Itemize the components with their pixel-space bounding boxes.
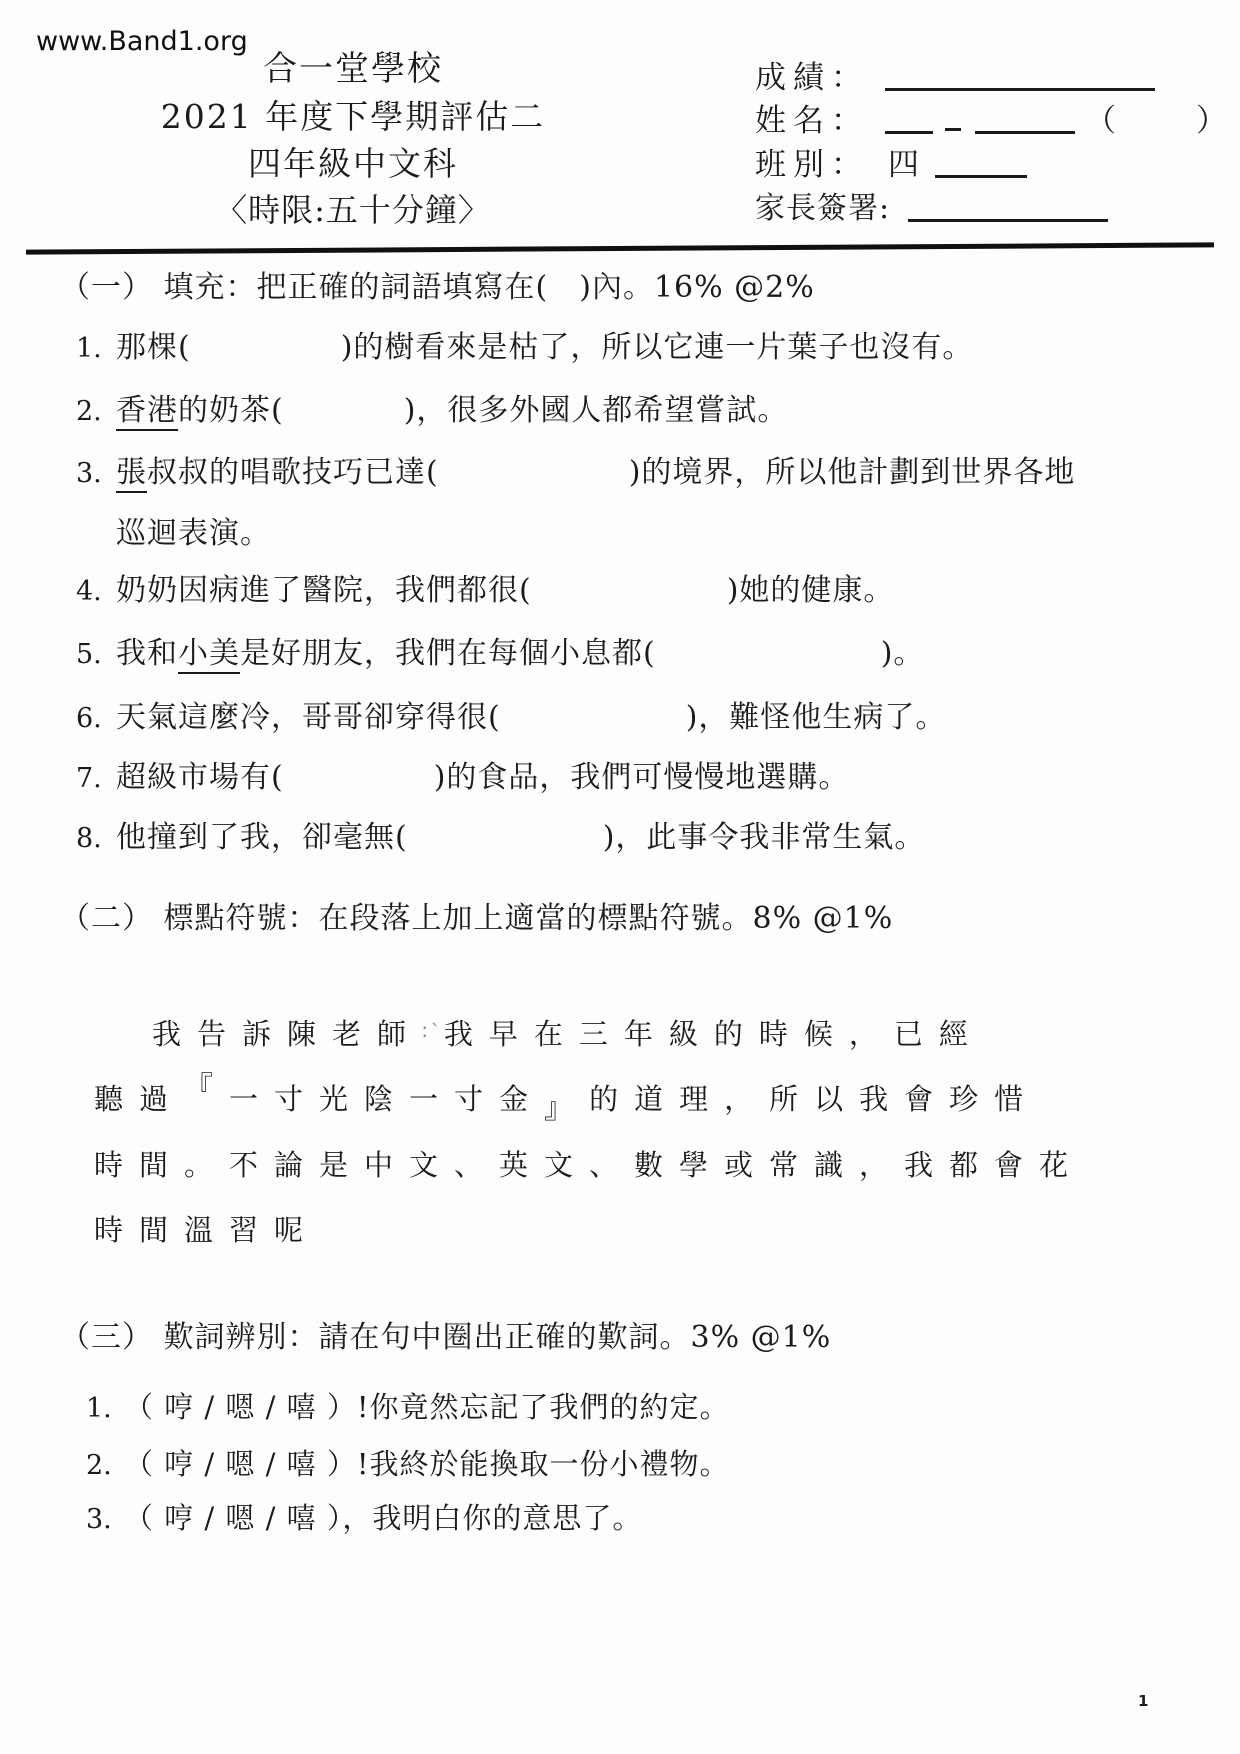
page-number: 1 <box>1138 1692 1148 1710</box>
parent-signature-label: 家長簽署: <box>755 183 890 227</box>
item-number: 2. <box>76 396 116 427</box>
item-text: 天氣這麼冷，哥哥卻穿得很()，難怪他生病了。 <box>116 700 946 735</box>
parent-signature-blank-line <box>908 219 1108 222</box>
name-class-paren: （ ） <box>1085 95 1233 140</box>
exam-paper-page: www.Band1.org 合一堂學校 2021 年度下學期評估二 四年級中文科… <box>0 0 1240 1754</box>
header-divider-rule <box>26 242 1214 254</box>
item-text: （ 哼 / 嗯 / 嘻 ）!你竟然忘記了我們的約定。 <box>124 1390 730 1424</box>
interjection-item-2: 2.（ 哼 / 嗯 / 嘻 ）!我終於能換取一份小禮物。 <box>86 1442 730 1483</box>
grade-subject: 四年級中文科 <box>158 140 548 187</box>
item-number: 1. <box>86 1393 124 1424</box>
item-text: 張叔叔的唱歌技巧已達()的境界，所以他計劃到世界各地 <box>116 455 1075 490</box>
item-text: 那棵()的樹看來是枯了，所以它連一片葉子也沒有。 <box>116 330 973 365</box>
item-number: 6. <box>76 703 116 734</box>
section-one-heading: （一） 填充：把正確的詞語填寫在( )內。16% @2% <box>60 262 815 306</box>
item-number: 2. <box>86 1450 124 1481</box>
fill-item-4: 4.奶奶因病進了醫院，我們都很()她的健康。 <box>76 565 894 609</box>
fill-item-2: 2.香港的奶茶()，很多外國人都希望嘗試。 <box>76 385 788 429</box>
fill-item-1: 1.那棵()的樹看來是枯了，所以它連一片葉子也沒有。 <box>76 322 973 366</box>
item-text: 奶奶因病進了醫院，我們都很()她的健康。 <box>116 573 894 608</box>
name-blank-line-2 <box>945 128 961 131</box>
fill-item-7: 7.超級市場有()的食品，我們可慢慢地選購。 <box>76 752 849 796</box>
class-label: 班別： <box>755 139 869 184</box>
section-two-heading: （二） 標點符號：在段落上加上適當的標點符號。8% @1% <box>60 893 893 937</box>
item-text: 香港的奶茶()，很多外國人都希望嘗試。 <box>116 393 788 428</box>
school-name: 合一堂學校 <box>158 46 548 93</box>
class-value: 四 <box>888 139 919 184</box>
name-blank-line-1 <box>885 131 933 134</box>
paragraph-line-1: 我告訴陳老師∶ˋ我早在三年級的時候，已經 <box>94 1012 984 1053</box>
item-number: 7. <box>76 763 116 794</box>
item-number: 8. <box>76 823 116 854</box>
class-blank-line <box>935 175 1027 178</box>
fill-item-5: 5.我和小美是好朋友，我們在每個小息都()。 <box>76 628 924 672</box>
item-text: （ 哼 / 嗯 / 嘻 ），我明白你的意思了。 <box>124 1501 642 1535</box>
fill-item-3-continuation: 巡迴表演。 <box>116 508 271 552</box>
item-text: 我和小美是好朋友，我們在每個小息都()。 <box>116 636 924 671</box>
score-blank-line <box>885 88 1155 91</box>
item-text: 超級市場有()的食品，我們可慢慢地選購。 <box>116 760 849 795</box>
score-label: 成績： <box>755 52 869 97</box>
item-number: 4. <box>76 576 116 607</box>
item-number: 5. <box>76 639 116 670</box>
paragraph-line-3: 時間。不論是中文、英文、數學或常識，我都會花 <box>94 1143 1084 1184</box>
paragraph-line-4: 時間溫習呢 <box>94 1208 319 1249</box>
exam-title: 2021 年度下學期評估二 <box>158 93 548 140</box>
time-limit: 〈時限:五十分鐘〉 <box>158 187 548 234</box>
item-number: 1. <box>76 333 116 364</box>
section-three-heading: （三） 歎詞辨別：請在句中圈出正確的歎詞。3% @1% <box>60 1312 831 1356</box>
interjection-item-3: 3.（ 哼 / 嗯 / 嘻 ），我明白你的意思了。 <box>86 1496 642 1537</box>
item-text: 他撞到了我，卻毫無()，此事令我非常生氣。 <box>116 820 925 855</box>
interjection-item-1: 1.（ 哼 / 嗯 / 嘻 ）!你竟然忘記了我們的約定。 <box>86 1385 730 1426</box>
fill-item-6: 6.天氣這麼冷，哥哥卻穿得很()，難怪他生病了。 <box>76 692 946 736</box>
paragraph-line-2: 聽過『一寸光陰一寸金』的道理，所以我會珍惜 <box>94 1077 1039 1118</box>
item-text: （ 哼 / 嗯 / 嘻 ）!我終於能換取一份小禮物。 <box>124 1447 730 1481</box>
item-number: 3. <box>76 458 116 489</box>
fill-item-8: 8.他撞到了我，卻毫無()，此事令我非常生氣。 <box>76 812 925 856</box>
item-number: 3. <box>86 1504 124 1535</box>
name-label: 姓名： <box>755 95 869 140</box>
name-blank-line-3 <box>975 131 1075 134</box>
fill-item-3: 3.張叔叔的唱歌技巧已達()的境界，所以他計劃到世界各地 <box>76 447 1075 491</box>
header-title-block: 合一堂學校 2021 年度下學期評估二 四年級中文科 〈時限:五十分鐘〉 <box>158 46 548 234</box>
